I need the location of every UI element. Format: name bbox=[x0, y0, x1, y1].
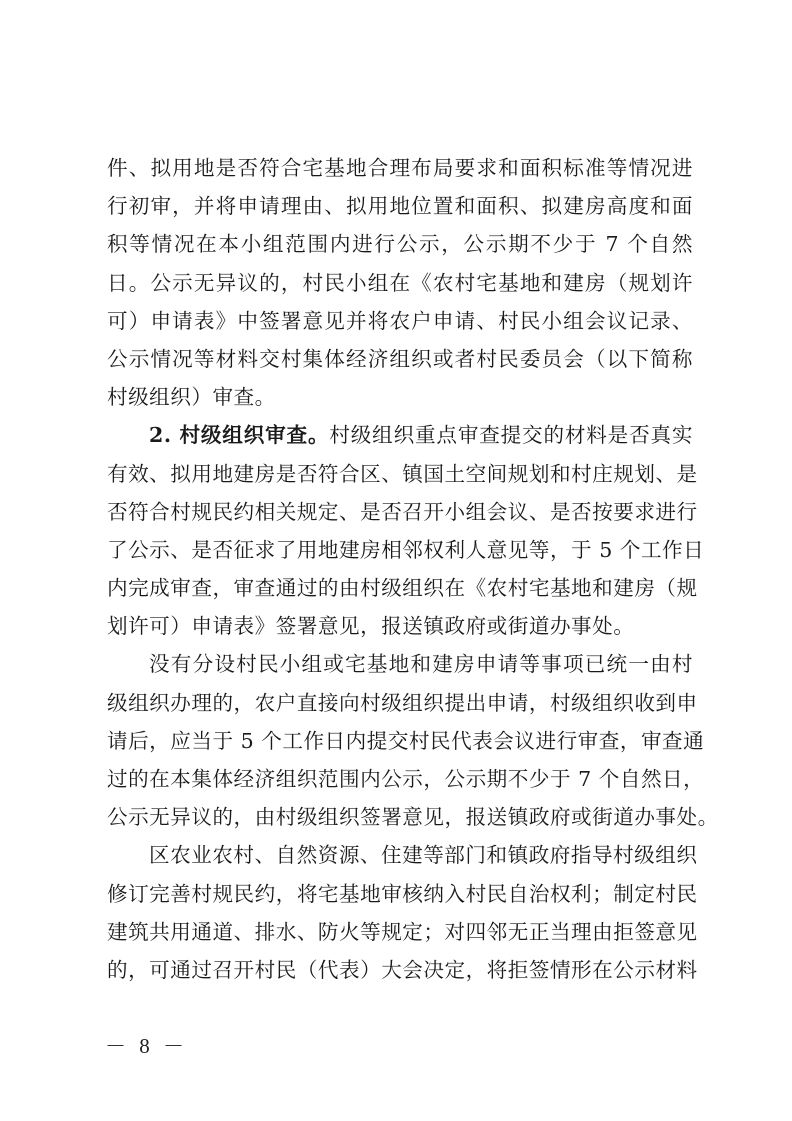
text-line: 请后，应当于 5 个工作日内提交村民代表会议进行审查，审查通 bbox=[107, 722, 693, 760]
page-number: － 8 － bbox=[105, 1030, 188, 1060]
text-line: 日。公示无异议的，村民小组在《农村宅基地和建房（规划许 bbox=[107, 264, 693, 302]
text-line: 公示情况等材料交村集体经济组织或者村民委员会（以下简称 bbox=[107, 340, 693, 378]
text-line: 划许可）申请表》签署意见，报送镇政府或街道办事处。 bbox=[107, 607, 693, 645]
text-line: 可）申请表》中签署意见并将农户申请、村民小组会议记录、 bbox=[107, 302, 693, 340]
text-line: 否符合村规民约相关规定、是否召开小组会议、是否按要求进行 bbox=[107, 493, 693, 531]
text-line: 过的在本集体经济组织范围内公示，公示期不少于 7 个自然日， bbox=[107, 760, 693, 798]
text-line: 公示无异议的，由村级组织签署意见，报送镇政府或街道办事处。 bbox=[107, 798, 693, 836]
text-line: 建筑共用通道、排水、防火等规定；对四邻无正当理由拒签意见 bbox=[107, 913, 693, 951]
text-line: 级组织办理的，农户直接向村级组织提出申请，村级组织收到申 bbox=[107, 684, 693, 722]
text-line: 有效、拟用地建房是否符合区、镇国土空间规划和村庄规划、是 bbox=[107, 455, 693, 493]
text-line: 内完成审查，审查通过的由村级组织在《农村宅基地和建房（规 bbox=[107, 569, 693, 607]
text-line: 村级组织）审查。 bbox=[107, 378, 693, 416]
text-line: 的，可通过召开村民（代表）大会决定，将拒签情形在公示材料 bbox=[107, 951, 693, 989]
text-line: 了公示、是否征求了用地建房相邻权利人意见等，于 5 个工作日 bbox=[107, 531, 693, 569]
document-page: 件、拟用地是否符合宅基地合理布局要求和面积标准等情况进 行初审，并将申请理由、拟… bbox=[0, 0, 792, 1121]
section-heading: 2. 村级组织审查。 bbox=[149, 423, 329, 447]
body-text: 件、拟用地是否符合宅基地合理布局要求和面积标准等情况进 行初审，并将申请理由、拟… bbox=[107, 149, 693, 989]
text-line: 区农业农村、自然资源、住建等部门和镇政府指导村级组织 bbox=[107, 836, 693, 874]
text-line: 修订完善村规民约，将宅基地审核纳入村民自治权利；制定村民 bbox=[107, 875, 693, 913]
text-line: 积等情况在本小组范围内进行公示，公示期不少于 7 个自然 bbox=[107, 225, 693, 263]
text-line: 行初审，并将申请理由、拟用地位置和面积、拟建房高度和面 bbox=[107, 187, 693, 225]
section-heading-line: 2. 村级组织审查。村级组织重点审查提交的材料是否真实 bbox=[107, 416, 693, 454]
text-span: 村级组织重点审查提交的材料是否真实 bbox=[329, 423, 693, 447]
text-line: 件、拟用地是否符合宅基地合理布局要求和面积标准等情况进 bbox=[107, 149, 693, 187]
text-line: 没有分设村民小组或宅基地和建房申请等事项已统一由村 bbox=[107, 645, 693, 683]
